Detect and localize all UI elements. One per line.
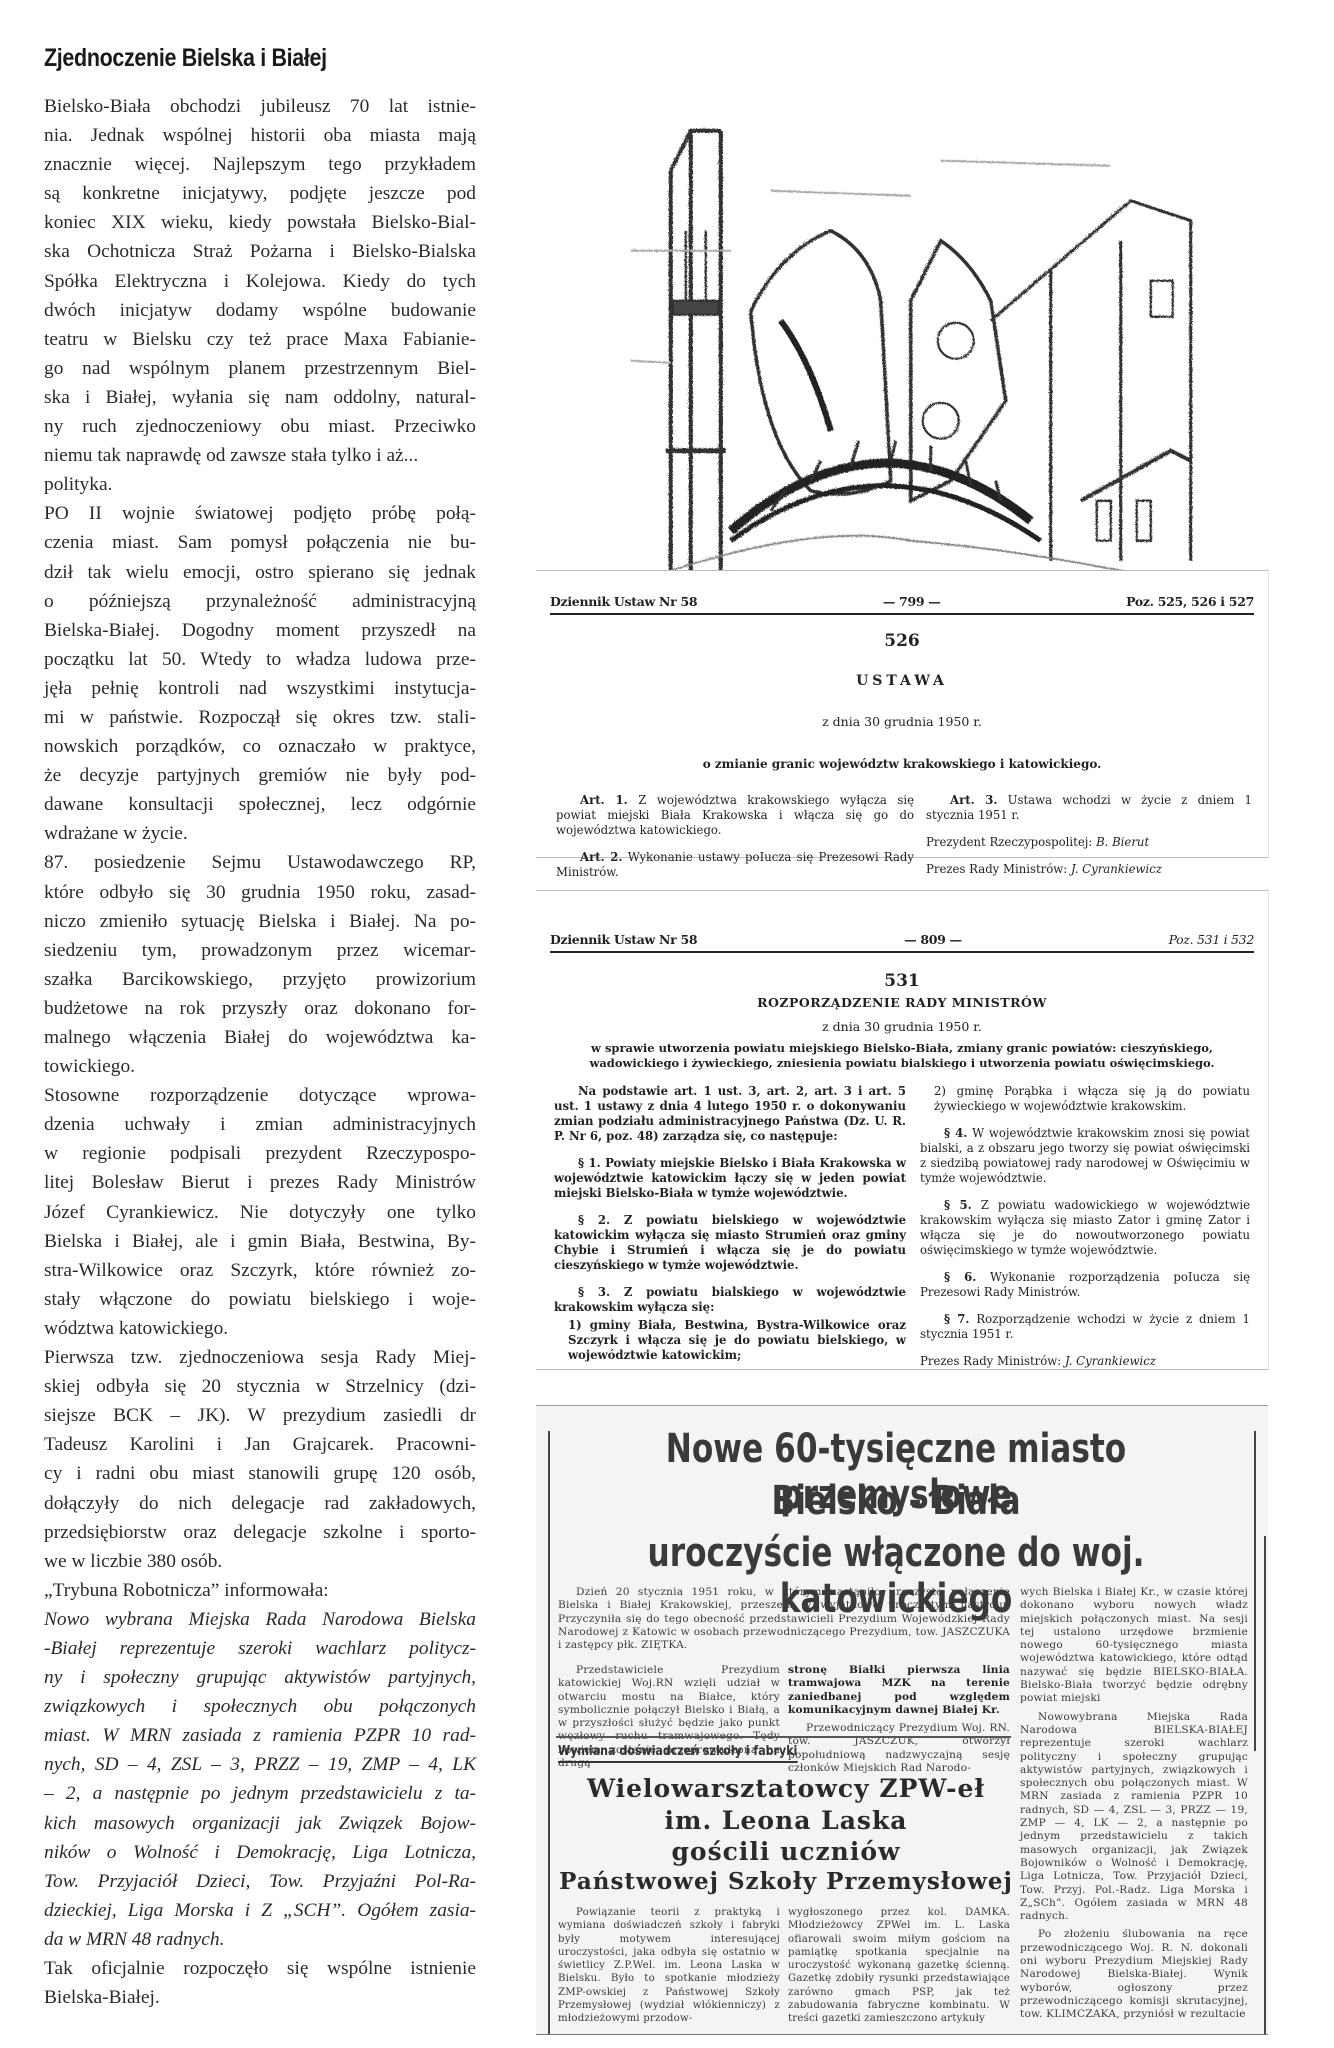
text-line: nowskich porządków, co oznaczało w prakt…	[44, 732, 476, 761]
sub-headline-2: im. Leona Laska	[556, 1806, 1016, 1835]
signature-president: Prezydent Rzeczypospolitej: B. Bierut	[926, 835, 1252, 850]
text-line: kich masowych organizacji jak Związek Bo…	[44, 1809, 476, 1838]
text-line: 87. posiedzenie Sejmu Ustawodawczego RP,	[44, 848, 476, 877]
text-line: związkowych i społecznych obu połączonyc…	[44, 1692, 476, 1721]
doc-kind: ROZPORZĄDZENIE RADY MINISTRÓW	[536, 995, 1268, 1010]
text-line: ska i Białej, wyłania się nam oddolny, n…	[44, 383, 476, 412]
text-line: Bielska-Białej.	[44, 1983, 476, 2012]
text-line: Bielska i Białej, ale i gmin Biała, Best…	[44, 1227, 476, 1256]
article-paragraphs: Bielsko-Biała obchodzi jubileusz 70 lat …	[44, 92, 476, 1605]
text-line: dził tak wielu emocji, ostro spierano si…	[44, 558, 476, 587]
text-line: koniec XIX wieku, kiedy powstała Bielsko…	[44, 208, 476, 237]
text-line: go nad wspólnym planem przestrzennym Bie…	[44, 354, 476, 383]
doc-date: z dnia 30 grudnia 1950 r.	[536, 714, 1268, 729]
bridge-sketch-illustration	[610, 100, 1210, 590]
text-line: malnego włączenia Białej do województwa …	[44, 1023, 476, 1052]
section-divider	[556, 1736, 1011, 1738]
sub-headline-3: gościli uczniów	[556, 1837, 1016, 1866]
article-body: Bielsko-Biała obchodzi jubileusz 70 lat …	[44, 92, 476, 2012]
sub-headline-4: Państwowej Szkoły Przemysłowej	[556, 1868, 1016, 1895]
column-rule	[548, 1431, 550, 2034]
text-line: są konkretne inicjatywy, podjęte jeszcze…	[44, 179, 476, 208]
text-line: przedsiębiorstw oraz delegacje szkolne i…	[44, 1518, 476, 1547]
sub-column-2: wygłoszonego przez kol. DAMKA. Młodzieżo…	[788, 1906, 1010, 2031]
text-line: litej Bolesław Bierut i prezes Rady Mini…	[44, 1168, 476, 1197]
sub-article-kicker: Wymiana doświadczeń szkoły i fabryki	[558, 1744, 797, 1763]
lead-paragraph: Dzień 20 stycznia 1951 roku, w którym na…	[558, 1586, 1010, 1657]
text-line: – 2, a następnie po jednym przedstawicie…	[44, 1779, 476, 1808]
text-line: dwóch inicjatyw dodamy wspólne budowanie	[44, 296, 476, 325]
doc-header: Dziennik Ustaw Nr 58 — 809 — Poz. 531 i …	[550, 927, 1254, 953]
text-line: mi w państwie. Rozpoczął się okres tzw. …	[44, 703, 476, 732]
text-line: Tak oficjalnie rozpoczęło się wspólne is…	[44, 1954, 476, 1983]
trybuna-robotnicza-clipping: Nowe 60-tysięczne miasto przemysłowe Bie…	[536, 1405, 1268, 2035]
text-line: miast. W MRN zasiada z ramienia PZPR 10 …	[44, 1721, 476, 1750]
text-line: Nowo wybrana Miejska Rada Narodowa Biels…	[44, 1605, 476, 1634]
text-line: jęła pełnię kontroli nad wszystkimi inst…	[44, 674, 476, 703]
column-rule	[1264, 1536, 1266, 2034]
text-line: Józef Cyrankiewicz. Nie dotyczyły one ty…	[44, 1198, 476, 1227]
column-rule	[1254, 1431, 1256, 1751]
doc-column-right: Art. 3. Ustawa wchodzi w życie z dniem 1…	[926, 793, 1252, 889]
text-line: -Białej reprezentuje szeroki wachlarz po…	[44, 1634, 476, 1663]
article-title: Zjednoczenie Bielska i Białej	[44, 44, 327, 73]
doc-page-number: — 809 —	[904, 932, 962, 947]
text-line: dzieckiej, Liga Morska i Z „SCH”. Ogółem…	[44, 1896, 476, 1925]
sketch-image	[610, 100, 1210, 590]
doc-number: 526	[536, 631, 1268, 651]
doc-column-right: 2) gminę Porąbka i włącza się ją do powi…	[920, 1084, 1250, 1381]
dziennik-ustaw-526-clipping: Dziennik Ustaw Nr 58 — 799 — Poz. 525, 5…	[536, 570, 1269, 858]
text-line: Tadeusz Karolini i Jan Grajcarek. Pracow…	[44, 1430, 476, 1459]
text-line: cy i radni obu miast stanowili grupę 120…	[44, 1459, 476, 1488]
text-line: budżetowe na rok przyszły oraz dokonano …	[44, 994, 476, 1023]
doc-date: z dnia 30 grudnia 1950 r.	[536, 1019, 1268, 1034]
text-line: w regionie podpisali prezydent Rzeczypos…	[44, 1139, 476, 1168]
text-line: nych, SD – 4, ZSL – 3, PRZZ – 19, ZMP – …	[44, 1750, 476, 1779]
doc-header: Dziennik Ustaw Nr 58 — 799 — Poz. 525, 5…	[550, 589, 1254, 615]
text-line: Spółka Elektryczna i Kolejowa. Kiedy do …	[44, 267, 476, 296]
doc-column-left: Art. 1. Z województwa krakowskiego wyłąc…	[556, 793, 914, 892]
text-line: wództwa katowickiego.	[44, 1314, 476, 1343]
text-line: siejsze BCK – JK). W prezydium zasiedli …	[44, 1401, 476, 1430]
text-line: nia. Jednak wspólnej historii oba miasta…	[44, 121, 476, 150]
doc-header-left: Dziennik Ustaw Nr 58	[550, 594, 697, 609]
text-line: stra-Wilkowice oraz Szczyrk, które równi…	[44, 1256, 476, 1285]
text-line: Tow. Przyjaciół Dzieci, Tow. Przyjaźni P…	[44, 1867, 476, 1896]
doc-number: 531	[536, 971, 1268, 991]
sub-column-1: Powiązanie teorii z praktyką i wymiana d…	[558, 1906, 780, 2031]
text-line: znacznie więcej. Najlepszym tego przykła…	[44, 150, 476, 179]
news-column-3: wych Bielska i Białej Kr., w czasie któr…	[1020, 1586, 1248, 2027]
text-line: polityka.	[44, 470, 476, 499]
text-line: PO II wojnie światowej podjęto próbę poł…	[44, 499, 476, 528]
text-line: teatru w Bielsku czy też prace Maxa Fabi…	[44, 325, 476, 354]
sub-headline-1: Wielowarsztatowcy ZPW-eł	[556, 1774, 1016, 1803]
doc-position: Poz. 531 i 532	[1169, 932, 1254, 947]
headline-line-2: Bielsko - Biała	[568, 1478, 1223, 1524]
news-column-2: stronę Białki pierwsza linia tramwajowa …	[788, 1664, 1010, 1780]
text-line: Pierwsza tzw. zjednoczeniowa sesja Rady …	[44, 1343, 476, 1372]
signature-prime-minister: Prezes Rady Ministrów: J. Cyrankiewicz	[920, 1354, 1250, 1369]
text-line: ników o Wolność i Demokrację, Liga Lotni…	[44, 1838, 476, 1867]
text-line: Stosowne rozporządzenie dotyczące wprowa…	[44, 1081, 476, 1110]
article-closing: Tak oficjalnie rozpoczęło się wspólne is…	[44, 1954, 476, 2012]
text-line: „Trybuna Robotnicza” informowała:	[44, 1576, 476, 1605]
text-line: że decyzje partyjnych gremiów nie były p…	[44, 761, 476, 790]
text-line: które odbyło się 30 grudnia 1950 roku, z…	[44, 878, 476, 907]
doc-page-number: — 799 —	[883, 594, 941, 609]
dziennik-ustaw-531-clipping: Dziennik Ustaw Nr 58 — 809 — Poz. 531 i …	[536, 890, 1269, 1370]
article-quote: Nowo wybrana Miejska Rada Narodowa Biels…	[44, 1605, 476, 1954]
text-line: dzenia uchwały i zmian administracyjnych	[44, 1110, 476, 1139]
text-line: ny ruch zjednoczeniowy obu miast. Przeci…	[44, 412, 476, 441]
text-line: towickiego.	[44, 1052, 476, 1081]
text-line: początku lat 50. Wtedy to władza ludowa …	[44, 645, 476, 674]
text-line: czenia miast. Sam pomysł połączenia nie …	[44, 528, 476, 557]
doc-kind: USTAWA	[536, 673, 1268, 689]
text-line: niemu tak naprawdę od zawsze stała tylko…	[44, 441, 476, 470]
text-line: siedzeniu tym, prowadzonym przez wicemar…	[44, 936, 476, 965]
text-line: ny i społeczny grupując aktywistów party…	[44, 1663, 476, 1692]
text-line: niczo zmieniło sytuację Bielska i Białej…	[44, 907, 476, 936]
signature-prime-minister: Prezes Rady Ministrów: J. Cyrankiewicz	[926, 862, 1252, 877]
text-line: da w MRN 48 radnych.	[44, 1925, 476, 1954]
doc-subject: w sprawie utworzenia powiatu miejskiego …	[556, 1041, 1248, 1071]
doc-column-left: Na podstawie art. 1 ust. 3, art. 2, art.…	[554, 1084, 906, 1375]
text-line: skiej odbyła się 20 stycznia w Strzelnic…	[44, 1372, 476, 1401]
text-line: Bielska-Białej. Dogodny moment przyszedł…	[44, 616, 476, 645]
text-line: we w liczbie 380 osób.	[44, 1547, 476, 1576]
text-line: szałka Barcikowskiego, przyjęto prowizor…	[44, 965, 476, 994]
doc-subject: o zmianie granic województw krakowskiego…	[536, 757, 1268, 771]
doc-position: Poz. 525, 526 i 527	[1126, 594, 1254, 609]
text-line: wdrażane w życie.	[44, 819, 476, 848]
text-line: dawane konsultacji społecznej, lecz odgó…	[44, 790, 476, 819]
text-line: stały włączone do powiatu bielskiego i w…	[44, 1285, 476, 1314]
text-line: o późniejszą przynależność administracyj…	[44, 587, 476, 616]
text-line: ska Ochotnicza Straż Pożarna i Bielsko-B…	[44, 237, 476, 266]
doc-header-left: Dziennik Ustaw Nr 58	[550, 932, 697, 947]
text-line: Bielsko-Biała obchodzi jubileusz 70 lat …	[44, 92, 476, 121]
text-line: dołączyły do nich delegacje rad zakładow…	[44, 1489, 476, 1518]
